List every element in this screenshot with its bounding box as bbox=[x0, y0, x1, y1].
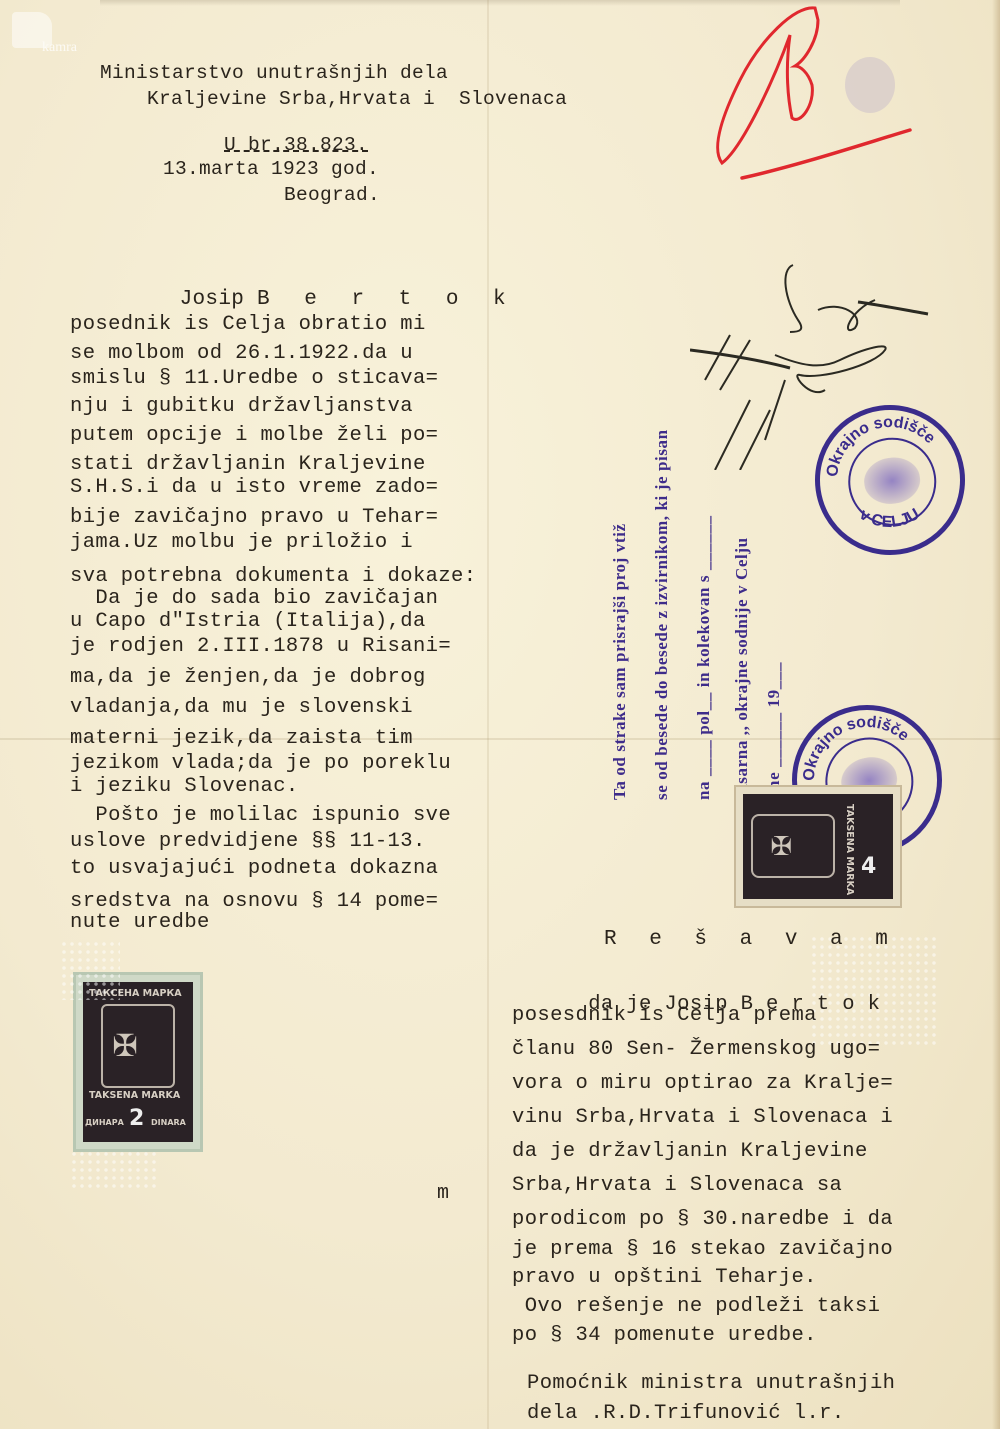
body-left-line: nute uredbe bbox=[70, 911, 476, 938]
body-left-line: bije zavičajno pravo u Tehar= bbox=[70, 506, 476, 533]
body-left-line: i jeziku Slovenac. bbox=[70, 775, 476, 802]
body-left-line: smislu § 11.Uredbe o sticava= bbox=[70, 367, 476, 394]
signature-line: dela .R.D.Trifunović l.r. bbox=[527, 1402, 895, 1429]
double-eagle-icon: ✠ bbox=[113, 1020, 137, 1069]
ministry-line-1: Ministarstvo unutrašnjih dela bbox=[100, 64, 448, 84]
body-left-line: posednik is Celja obratio mi bbox=[70, 313, 476, 340]
stamp-label: TAKSENA MARKA bbox=[844, 804, 855, 895]
body-right-line: vinu Srba,Hrvata i Slovenaca i bbox=[512, 1106, 893, 1140]
reference-number: U br.38.823. bbox=[224, 136, 368, 156]
body-right-line: vora o miru optirao za Kralje= bbox=[512, 1072, 893, 1106]
body-right-line: da je državljanin Kraljevine bbox=[512, 1140, 893, 1174]
signature-line: Pomoćnik ministra unutrašnjih bbox=[527, 1372, 895, 1402]
body-left-line: se molbom od 26.1.1922.da u bbox=[70, 342, 476, 369]
watermark-text: kamra bbox=[42, 40, 77, 56]
addressee-first-name: Josip bbox=[180, 288, 245, 311]
body-right-line: članu 80 Sen- Žermenskog ugo= bbox=[512, 1038, 893, 1072]
body-right-line: Srba,Hrvata i Slovenaca sa bbox=[512, 1174, 893, 1208]
double-eagle-icon: ✠ bbox=[771, 824, 791, 866]
body-left-line: to usvajajući podneta dokazna bbox=[70, 857, 476, 884]
certification-line: Ta od strake sam prisrajši proj vtiž bbox=[610, 240, 650, 800]
archive-watermark: kamra bbox=[12, 12, 52, 48]
signature-block: Pomoćnik ministra unutrašnjih dela .R.D.… bbox=[527, 1372, 895, 1429]
scanned-document: kamra Ministarstvo unutrašnjih dela Kral… bbox=[0, 0, 1000, 1429]
body-left-line: jama.Uz molbu je priložio i bbox=[70, 531, 476, 558]
body-right-line: pravo u opštini Teharje. bbox=[512, 1266, 893, 1295]
stamp-currency-cyrillic: ДИНАРА bbox=[85, 1118, 124, 1127]
certification-line: se od besede do besede z izvirnikom, ki … bbox=[652, 240, 692, 800]
perforation-marks bbox=[70, 1150, 160, 1190]
body-right-line: da je Josip B e r t o k bbox=[512, 970, 893, 1004]
body-left-line: materni jezik,da zaista tim bbox=[70, 727, 476, 754]
eagle-emblem-icon bbox=[861, 454, 923, 507]
body-left-line: ma,da je ženjen,da je dobrog bbox=[70, 666, 476, 693]
body-left-line: putem opcije i molbe želi po= bbox=[70, 424, 476, 451]
document-date: 13.marta 1923 god. bbox=[163, 160, 379, 180]
body-left-text: posednik is Celja obratio mi se molbom o… bbox=[70, 313, 476, 938]
stamp-frame bbox=[751, 814, 835, 878]
body-right-line: po § 34 pomenute uredbe. bbox=[512, 1324, 893, 1358]
stamp-currency-latin: DINARA bbox=[151, 1118, 186, 1127]
body-right-text: da je Josip B e r t o k posesdnik is Cel… bbox=[512, 970, 893, 1358]
body-left-line: je rodjen 2.III.1878 u Risani= bbox=[70, 635, 476, 662]
decision-heading: R e š a v a m bbox=[604, 929, 898, 950]
body-left-line: vladanja,da mu je slovenski bbox=[70, 696, 476, 723]
perforation-marks bbox=[60, 940, 120, 1000]
body-left-line: S.H.S.i da u isto vreme zado= bbox=[70, 476, 476, 503]
body-left-line: Pošto je molilac ispunio sve bbox=[70, 804, 476, 831]
body-right-line: porodicom po § 30.naredbe i da bbox=[512, 1208, 893, 1238]
stamp-label-latin: TAKSENA MARKA bbox=[89, 1090, 180, 1101]
body-left-line: uslove predvidjene §§ 11-13. bbox=[70, 830, 476, 857]
body-right-line: je prema § 16 stekao zavičajno bbox=[512, 1238, 893, 1266]
body-left-line: nju i gubitku državljanstva bbox=[70, 395, 476, 422]
red-handwritten-mark bbox=[700, 0, 930, 190]
body-right-line: Ovo rešenje ne podleži taksi bbox=[512, 1295, 893, 1324]
stray-typed-character: m bbox=[437, 1182, 449, 1205]
body-left-line: u Capo d"Istria (Italija),da bbox=[70, 610, 476, 637]
document-place: Beograd. bbox=[284, 186, 380, 206]
paper-edge bbox=[992, 0, 1000, 1429]
court-seal: Okrajno sodišče v CELJU bbox=[805, 395, 974, 564]
ministry-line-2: Kraljevine Srba,Hrvata i Slovenaca bbox=[147, 90, 567, 110]
tax-stamp-4: ✠ TAKSENA MARKA 4 bbox=[736, 787, 900, 906]
tax-stamp-2-dinara: ТАКСЕНА МАРКА ✠ TAKSENA MARKA ДИНАРА 2 D… bbox=[76, 975, 200, 1149]
stamp-value: 2 bbox=[129, 1106, 144, 1131]
fold-crease-vertical bbox=[487, 0, 489, 1429]
stamp-value: 4 bbox=[861, 854, 876, 879]
addressee-surname: B e r t o k bbox=[257, 288, 517, 311]
